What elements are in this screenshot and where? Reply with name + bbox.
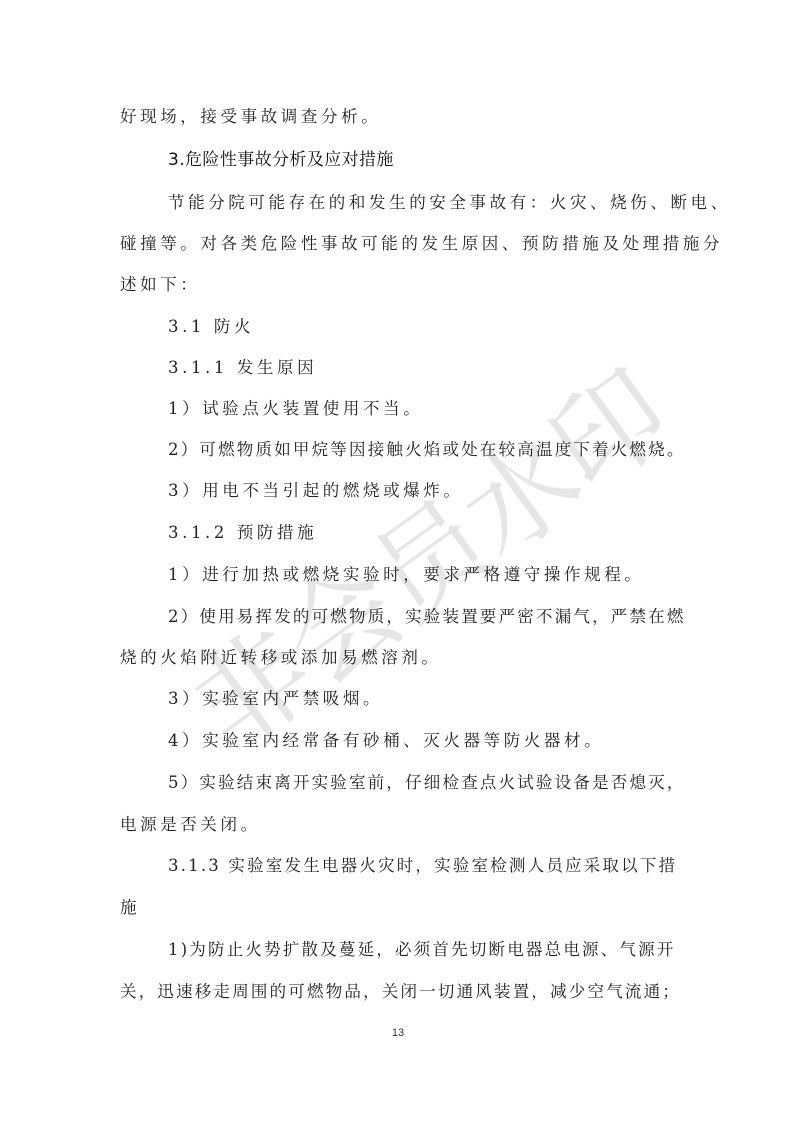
list-item-continuation: 烧的火焰附近转移或添加易燃溶剂。 (120, 648, 673, 668)
list-item: 2）可燃物质如甲烷等因接触火焰或处在较高温度下着火燃烧。 (168, 440, 673, 460)
watermark: 非会员水印 (156, 321, 704, 780)
list-item: 1)为防止火势扩散及蔓延，必须首先切断电器总电源、气源开 (168, 940, 673, 960)
subsection-heading-3-1: 3.1 防火 (168, 317, 673, 337)
heading-continuation: 施 (120, 898, 673, 918)
paragraph-line: 碰撞等。对各类危险性事故可能的发生原因、预防措施及处理措施分 (120, 234, 673, 254)
list-item-continuation: 电源是否关闭。 (120, 815, 673, 835)
paragraph-line: 节能分院可能存在的和发生的安全事故有：火灾、烧伤、断电、 (168, 193, 673, 213)
page-number: 13 (388, 1027, 408, 1039)
list-item: 2）使用易挥发的可燃物质，实验装置要严密不漏气，严禁在燃 (168, 607, 673, 627)
list-item: 5）实验结束离开实验室前，仔细检查点火试验设备是否熄灭， (168, 773, 673, 793)
paragraph-continuation: 好现场，接受事故调查分析。 (120, 107, 673, 127)
list-item: 3）用电不当引起的燃烧或爆炸。 (168, 481, 673, 501)
document-page: 非会员水印 好现场，接受事故调查分析。 3.危险性事故分析及应对措施 节能分院可… (0, 0, 793, 1122)
list-item: 1）试验点火装置使用不当。 (168, 399, 673, 419)
section-heading-3: 3.危险性事故分析及应对措施 (168, 150, 673, 170)
subsection-heading-3-1-3: 3.1.3 实验室发生电器火灾时，实验室检测人员应采取以下措 (168, 856, 673, 876)
list-item: 4）实验室内经常备有砂桶、灭火器等防火器材。 (168, 731, 673, 751)
list-item: 1）进行加热或燃烧实验时，要求严格遵守操作规程。 (168, 565, 673, 585)
subsection-heading-3-1-2: 3.1.2 预防措施 (168, 523, 673, 543)
list-item: 3）实验室内严禁吸烟。 (168, 689, 673, 709)
paragraph-line: 述如下： (120, 275, 673, 295)
list-item-continuation: 关，迅速移走周围的可燃物品，关闭一切通风装置，减少空气流通； (120, 982, 673, 1002)
subsection-heading-3-1-1: 3.1.1 发生原因 (168, 358, 673, 378)
